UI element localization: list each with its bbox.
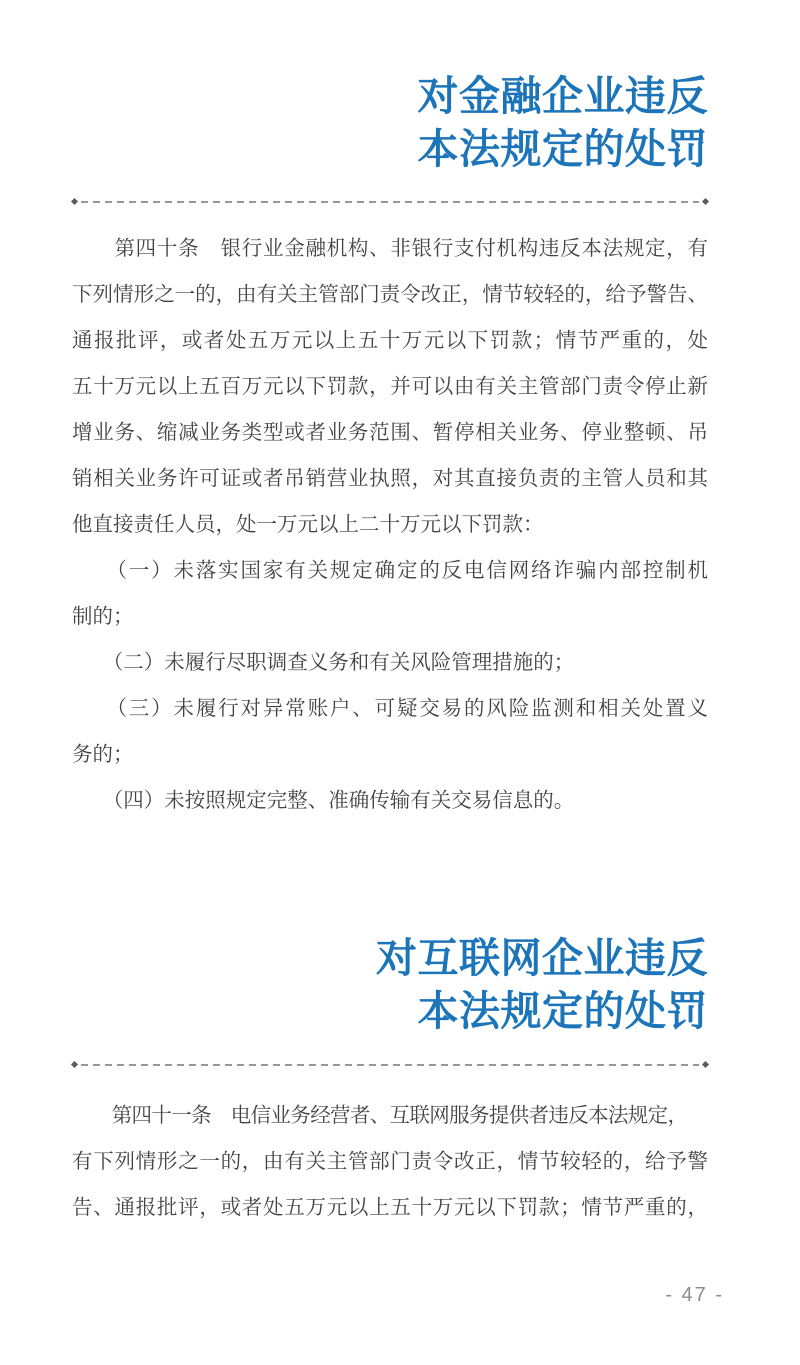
- dashed-line: [81, 201, 699, 203]
- diamond-endpoint-icon: [71, 1061, 78, 1068]
- section-title-line: 对互联网企业违反: [376, 935, 708, 981]
- body-line: （二）未履行尽职调查义务和有关风险管理措施的；: [72, 640, 708, 686]
- body-line: 第四十条 银行业金融机构、非银行支付机构违反本法规定，有: [72, 226, 708, 272]
- diamond-endpoint-icon: [71, 198, 78, 205]
- document-page: 对金融企业违反 本法规定的处罚 第四十条 银行业金融机构、非银行支付机构违反本法…: [0, 0, 800, 1365]
- section-title-line: 本法规定的处罚: [418, 988, 709, 1034]
- body-line: 下列情形之一的，由有关主管部门责令改正，情节较轻的，给予警告、: [72, 272, 708, 318]
- body-line: （一）未落实国家有关规定确定的反电信网络诈骗内部控制机: [72, 548, 708, 594]
- section-title-financial: 对金融企业违反 本法规定的处罚: [72, 70, 708, 176]
- section-title-line: 对金融企业违反: [418, 73, 709, 119]
- dashed-divider: [72, 199, 708, 204]
- body-line: 五十万元以上五百万元以下罚款，并可以由有关主管部门责令停止新: [72, 364, 708, 410]
- body-line: （四）未按照规定完整、准确传输有关交易信息的。: [72, 778, 708, 824]
- body-line: 他直接责任人员，处一万元以上二十万元以下罚款：: [72, 502, 708, 548]
- page-number: - 47 -: [665, 1284, 724, 1307]
- section-title-line: 本法规定的处罚: [418, 126, 709, 172]
- body-line: 第四十一条 电信业务经营者、互联网服务提供者违反本法规定，: [72, 1093, 708, 1139]
- section-title-internet: 对互联网企业违反 本法规定的处罚: [72, 932, 708, 1038]
- body-line: 告、通报批评，或者处五万元以上五十万元以下罚款；情节严重的，: [72, 1185, 708, 1231]
- body-line: 通报批评，或者处五万元以上五十万元以下罚款；情节严重的，处: [72, 318, 708, 364]
- dashed-line: [81, 1064, 699, 1066]
- body-line: 销相关业务许可证或者吊销营业执照，对其直接负责的主管人员和其: [72, 456, 708, 502]
- article-40-text: 第四十条 银行业金融机构、非银行支付机构违反本法规定，有 下列情形之一的，由有关…: [72, 226, 708, 824]
- diamond-endpoint-icon: [702, 1061, 709, 1068]
- article-41-text: 第四十一条 电信业务经营者、互联网服务提供者违反本法规定， 有下列情形之一的，由…: [72, 1093, 708, 1231]
- body-line: 增业务、缩减业务类型或者业务范围、暂停相关业务、停业整顿、吊: [72, 410, 708, 456]
- diamond-endpoint-icon: [702, 198, 709, 205]
- body-line: （三）未履行对异常账户、可疑交易的风险监测和相关处置义: [72, 686, 708, 732]
- body-line: 务的；: [72, 732, 708, 778]
- body-line: 有下列情形之一的，由有关主管部门责令改正，情节较轻的，给予警: [72, 1139, 708, 1185]
- dashed-divider: [72, 1062, 708, 1067]
- body-line: 制的；: [72, 594, 708, 640]
